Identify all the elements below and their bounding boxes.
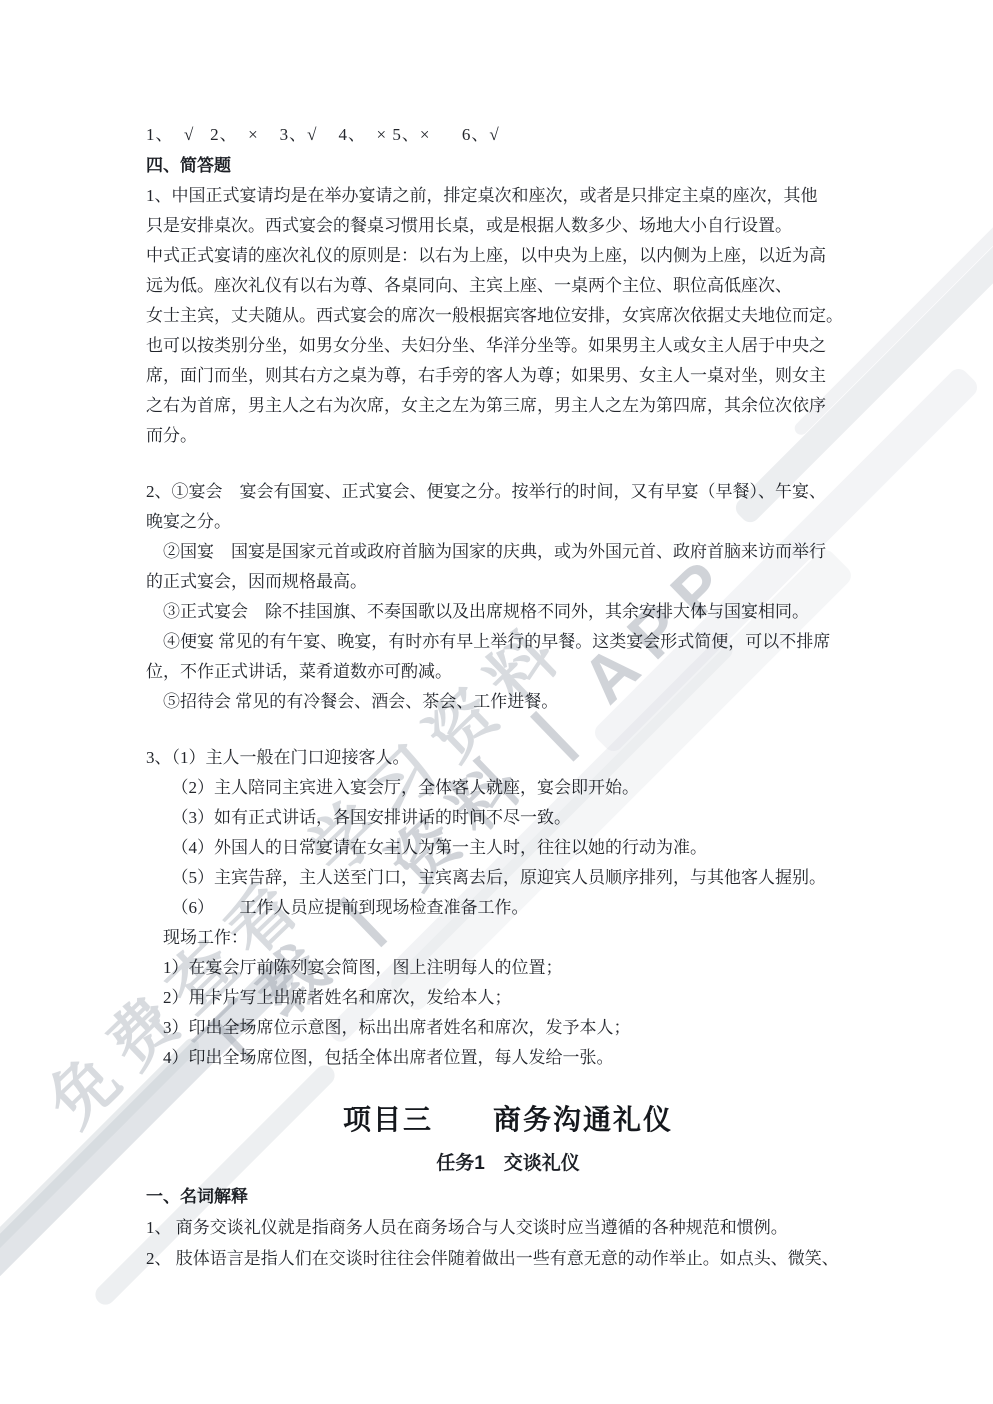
chapter-title: 项目三 商务沟通礼仪: [146, 1099, 870, 1141]
document-page: 1、 √ 2、 × 3、√ 4、 × 5、× 6、√ 四、简答题 1、中国正式宴…: [0, 0, 993, 1404]
true-false-answers-line: 1、 √ 2、 × 3、√ 4、 × 5、× 6、√: [146, 120, 870, 150]
short-answer-paragraph-1: 1、中国正式宴请均是在举办宴请之前，排定桌次和座次，或者是只排定主桌的座次，其他…: [146, 181, 870, 451]
term-definition-2: 2、 肢体语言是指人们在交谈时往往会伴随着做出一些有意无意的动作举止。如点头、微…: [146, 1243, 870, 1274]
section-heading-short-answer: 四、简答题: [146, 150, 870, 181]
section-heading-terms: 一、名词解释: [146, 1181, 870, 1212]
term-definition-1: 1、 商务交谈礼仪就是指商务人员在商务场合与人交谈时应当遵循的各种规范和惯例。: [146, 1212, 870, 1243]
short-answer-paragraph-2: 2、①宴会 宴会有国宴、正式宴会、便宴之分。按举行的时间，又有早宴（早餐）、午宴…: [146, 477, 870, 717]
page-content: 1、 √ 2、 × 3、√ 4、 × 5、× 6、√ 四、简答题 1、中国正式宴…: [146, 120, 870, 1274]
short-answer-paragraph-3: 3、（1）主人一般在门口迎接客人。 （2）主人陪同主宾进入宴会厅，全体客人就座，…: [146, 743, 870, 1073]
task-subtitle: 任务1 交谈礼仪: [146, 1149, 870, 1179]
